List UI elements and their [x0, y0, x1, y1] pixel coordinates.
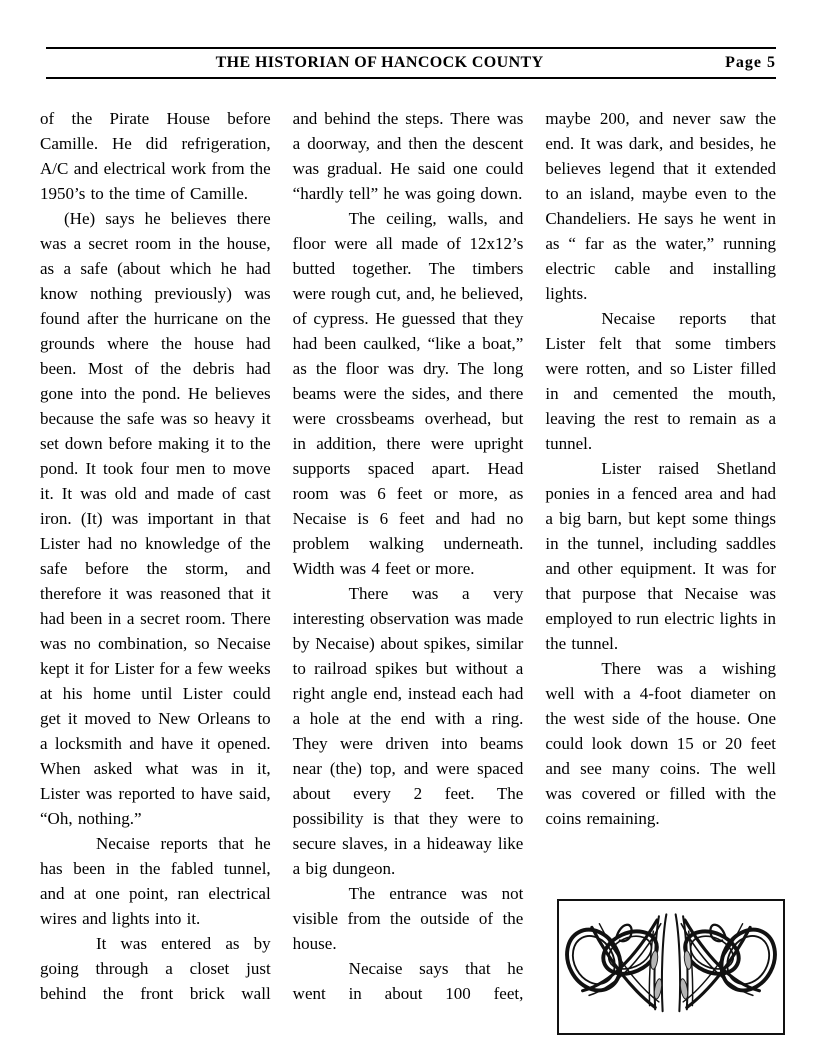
page-title: THE HISTORIAN OF HANCOCK COUNTY — [46, 54, 713, 72]
paragraph: There was a wishing well with a 4-foot d… — [545, 656, 776, 831]
paragraph: and behind the steps. There was a doorwa… — [293, 106, 524, 206]
paragraph: Lister raised Shetland ponies in a fence… — [545, 456, 776, 656]
text-column: maybe 200, and never saw the end. It was… — [545, 106, 776, 1056]
text-column: of the Pirate House before Camille. He d… — [40, 106, 271, 1056]
paragraph: Necaise says that he went in about 100 f… — [293, 956, 524, 1006]
text-column: and behind the steps. There was a doorwa… — [293, 106, 524, 1056]
flourish-figure-frame — [557, 899, 785, 1035]
paragraph: There was a very interesting observation… — [293, 581, 524, 881]
calligraphic-flourish-icon — [564, 906, 778, 1028]
paragraph: The ceiling, walls, and floor were all m… — [293, 206, 524, 581]
paragraph: Necaise reports that Lister felt that so… — [545, 306, 776, 456]
paragraph: It was entered as by going through a clo… — [40, 931, 271, 1006]
page-number-label: Page 5 — [713, 54, 776, 72]
paragraph: maybe 200, and never saw the end. It was… — [545, 106, 776, 306]
page-header: THE HISTORIAN OF HANCOCK COUNTY Page 5 — [46, 47, 776, 79]
article-body: of the Pirate House before Camille. He d… — [40, 106, 776, 1056]
paragraph: The entrance was not visible from the ou… — [293, 881, 524, 956]
newsletter-page: THE HISTORIAN OF HANCOCK COUNTY Page 5 o… — [0, 0, 816, 1056]
paragraph: Necaise reports that he has been in the … — [40, 831, 271, 931]
paragraph: (He) says he believes there was a secret… — [40, 206, 271, 831]
paragraph: of the Pirate House before Camille. He d… — [40, 106, 271, 206]
